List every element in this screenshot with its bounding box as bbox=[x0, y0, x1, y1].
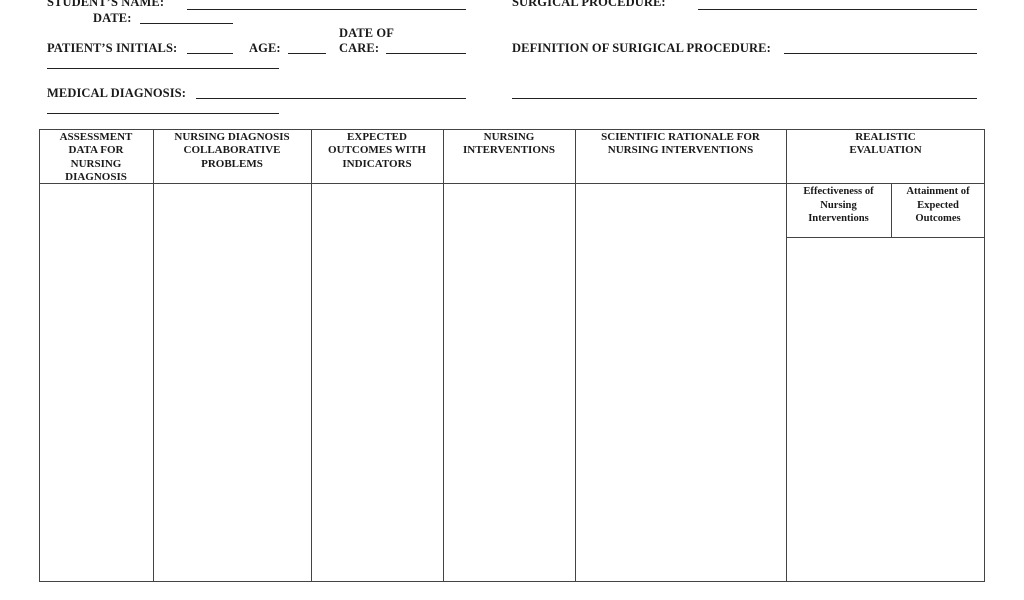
patient-initials-label: PATIENT’S INITIALS: bbox=[47, 41, 177, 55]
subcolumn-header-attainment: Attainment of Expected Outcomes bbox=[891, 185, 985, 226]
cell-expected-outcomes[interactable] bbox=[312, 184, 443, 581]
column-header-assessment: ASSESSMENT DATA FOR NURSING DIAGNOSIS bbox=[39, 131, 153, 184]
student-name-label: STUDENT’S NAME: bbox=[47, 0, 164, 9]
column-header-nursing-diagnosis: NURSING DIAGNOSIS COLLABORATIVE PROBLEMS bbox=[153, 131, 311, 171]
cell-nursing-interventions[interactable] bbox=[444, 184, 575, 581]
subcolumn-header-effectiveness: Effectiveness of Nursing Interventions bbox=[786, 185, 891, 226]
date-field[interactable] bbox=[140, 23, 233, 24]
definition-field[interactable] bbox=[784, 53, 977, 54]
cell-realistic-evaluation[interactable] bbox=[787, 238, 984, 581]
medical-diagnosis-label: MEDICAL DIAGNOSIS: bbox=[47, 86, 186, 100]
definition-field-continued[interactable] bbox=[512, 98, 977, 99]
medical-diagnosis-field-continued[interactable] bbox=[47, 113, 279, 114]
surgical-procedure-field[interactable] bbox=[698, 9, 977, 10]
cell-assessment[interactable] bbox=[40, 184, 153, 581]
date-label: DATE: bbox=[93, 11, 131, 25]
column-header-realistic-evaluation: REALISTIC EVALUATION bbox=[786, 131, 985, 158]
cell-nursing-diagnosis[interactable] bbox=[154, 184, 311, 581]
surgical-procedure-label: SURGICAL PROCEDURE: bbox=[512, 0, 666, 9]
patient-extra-line[interactable] bbox=[47, 68, 279, 69]
date-of-care-label-line1: DATE OF bbox=[339, 26, 394, 40]
student-name-field[interactable] bbox=[187, 9, 466, 10]
column-header-nursing-interventions: NURSING INTERVENTIONS bbox=[443, 131, 575, 158]
definition-label: DEFINITION OF SURIGICAL PROCEDURE: bbox=[512, 41, 771, 55]
date-of-care-label-line2: CARE: bbox=[339, 41, 379, 55]
column-header-scientific-rationale: SCIENTIFIC RATIONALE FOR NURSING INTERVE… bbox=[575, 131, 786, 158]
age-label: AGE: bbox=[249, 41, 281, 55]
cell-scientific-rationale[interactable] bbox=[576, 184, 786, 581]
date-of-care-field[interactable] bbox=[386, 53, 466, 54]
age-field[interactable] bbox=[288, 53, 326, 54]
patient-initials-field[interactable] bbox=[187, 53, 233, 54]
medical-diagnosis-field[interactable] bbox=[196, 98, 466, 99]
column-header-expected-outcomes: EXPECTED OUTCOMES WITH INDICATORS bbox=[311, 131, 443, 171]
